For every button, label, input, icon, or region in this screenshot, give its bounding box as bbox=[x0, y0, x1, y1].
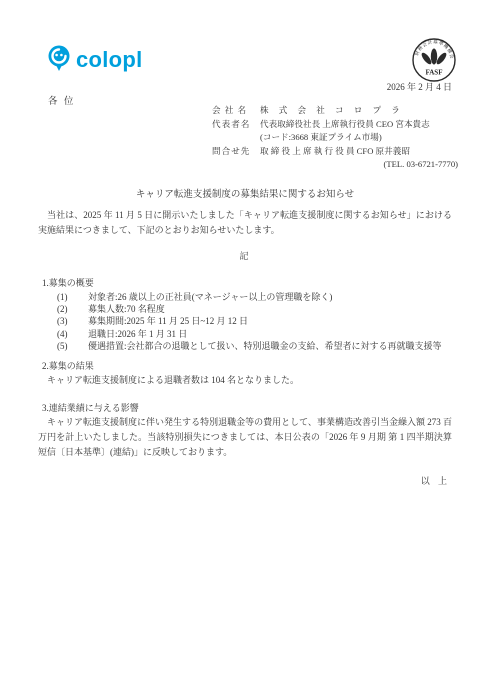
item-number: (3) bbox=[57, 315, 88, 327]
company-name-value: 株 式 会 社 コ ロ プ ラ bbox=[260, 104, 458, 118]
colopl-balloon-icon bbox=[46, 44, 73, 76]
contact-label: 問合せ先 bbox=[212, 145, 260, 159]
salutation: 各 位 bbox=[48, 93, 75, 107]
item-number: (4) bbox=[57, 328, 88, 340]
company-name-row: 会 社 名 株 式 会 社 コ ロ プ ラ bbox=[212, 104, 458, 118]
list-item: (4)退職日:2026 年 1 月 31 日 bbox=[38, 328, 452, 340]
intro-paragraph: 当社は、2025 年 11 月 5 日に開示いたしました「キャリア転進支援制度に… bbox=[38, 208, 452, 238]
list-item: (2)募集人数:70 名程度 bbox=[38, 303, 452, 315]
item-text: 募集人数:70 名程度 bbox=[88, 304, 165, 314]
representative-label: 代表者名 bbox=[212, 118, 260, 132]
press-release-page: colopl 財務会計基準機構会員 FASF 2026 年 2 月 4 日 各 … bbox=[0, 0, 490, 692]
item-number: (2) bbox=[57, 303, 88, 315]
fasf-seal-icon: 財務会計基準機構会員 FASF bbox=[411, 37, 457, 83]
section-1-heading: 1.募集の概要 bbox=[42, 276, 94, 289]
contact-value: 取 締 役 上 席 執 行 役 員 CFO 原井義昭 bbox=[260, 145, 410, 159]
representative-value: 代表取締役社長 上席執行役員 CEO 宮本貴志 bbox=[260, 118, 430, 132]
section-2-heading: 2.募集の結果 bbox=[42, 359, 94, 372]
fasf-leaves-glyph bbox=[420, 49, 448, 66]
record-mark: 記 bbox=[0, 249, 490, 262]
document-date: 2026 年 2 月 4 日 bbox=[387, 80, 452, 93]
tel-line: (TEL. 03-6721-7770) bbox=[212, 158, 458, 172]
contact-row: 問合せ先 取 締 役 上 席 執 行 役 員 CFO 原井義昭 bbox=[212, 145, 458, 159]
item-number: (5) bbox=[57, 340, 88, 352]
document-title: キャリア転進支援制度の募集結果に関するお知らせ bbox=[0, 186, 490, 200]
company-name-label: 会 社 名 bbox=[212, 104, 260, 118]
company-info-block: 会 社 名 株 式 会 社 コ ロ プ ラ 代表者名 代表取締役社長 上席執行役… bbox=[212, 104, 458, 172]
colopl-wordmark: colopl bbox=[76, 49, 143, 71]
section-2-body: キャリア転進支援制度による退職者数は 104 名となりました。 bbox=[38, 373, 452, 388]
item-text: 募集期間:2025 年 11 月 25 日~12 月 12 日 bbox=[88, 316, 248, 326]
closing-mark: 以 上 bbox=[421, 474, 450, 487]
list-item: (1)対象者:26 歳以上の正社員(マネージャー以上の管理職を除く) bbox=[38, 291, 452, 303]
section-1-items: (1)対象者:26 歳以上の正社員(マネージャー以上の管理職を除く) (2)募集… bbox=[38, 291, 452, 352]
stock-code-line: (コード:3668 東証プライム市場) bbox=[212, 131, 382, 145]
item-number: (1) bbox=[57, 291, 88, 303]
section-3-heading: 3.連結業績に与える影響 bbox=[42, 401, 139, 414]
list-item: (3)募集期間:2025 年 11 月 25 日~12 月 12 日 bbox=[38, 315, 452, 327]
fasf-label: FASF bbox=[426, 69, 443, 77]
colopl-logo: colopl bbox=[46, 44, 143, 76]
representative-row: 代表者名 代表取締役社長 上席執行役員 CEO 宮本貴志 bbox=[212, 118, 458, 132]
section-3-body: キャリア転進支援制度に伴い発生する特別退職金等の費用として、事業構造改善引当金繰… bbox=[38, 415, 452, 460]
list-item: (5)優遇措置:会社都合の退職として扱い、特別退職金の支給、希望者に対する再就職… bbox=[38, 340, 452, 352]
item-text: 退職日:2026 年 1 月 31 日 bbox=[88, 329, 187, 339]
item-text: 優遇措置:会社都合の退職として扱い、特別退職金の支給、希望者に対する再就職支援等 bbox=[88, 341, 442, 351]
item-text: 対象者:26 歳以上の正社員(マネージャー以上の管理職を除く) bbox=[88, 292, 332, 302]
stock-code-row: (コード:3668 東証プライム市場) bbox=[212, 131, 458, 145]
